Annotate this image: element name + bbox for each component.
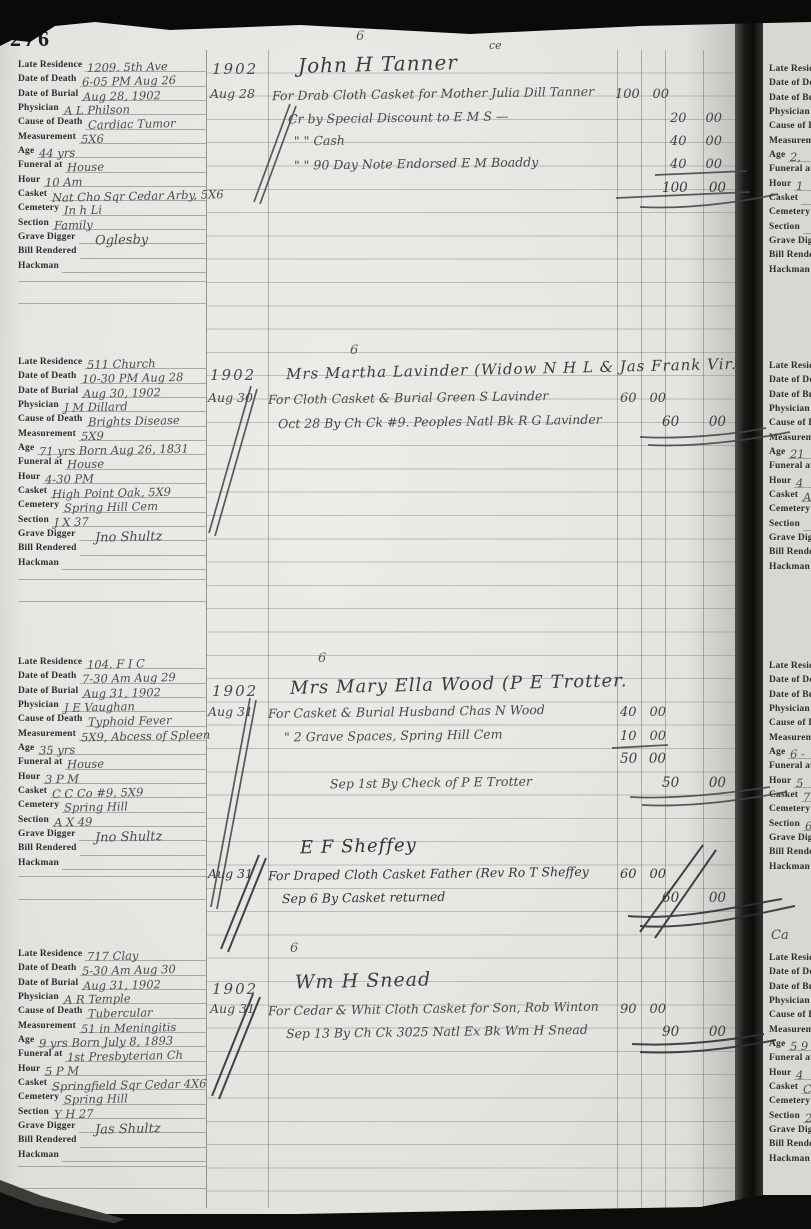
facing-field-row: Physician <box>769 402 811 416</box>
facing-field-row: Cause of Death <box>769 716 811 730</box>
facing-field-label: Physician <box>769 405 810 417</box>
facing-fill-line: 7 <box>801 801 811 802</box>
facing-field-label: Age <box>769 448 785 460</box>
field-label: Date of Death <box>18 75 77 87</box>
field-label: Section <box>18 1108 49 1120</box>
field-label: Late Residence <box>18 950 82 962</box>
facing-field-row: Date of Death <box>769 373 811 387</box>
facing-fragment: 21 <box>790 449 805 461</box>
field-value-hour: 3 P M <box>45 773 79 785</box>
facing-field-row: Grave Digger <box>769 234 811 248</box>
field-label: Hackman <box>18 262 59 274</box>
facing-field-label: Late Residence <box>769 362 811 374</box>
field-label: Grave Digger <box>18 233 76 245</box>
facing-field-row: Date of Death <box>769 673 811 687</box>
facing-field-label: Cause of Death <box>769 122 811 134</box>
facing-field-label: Grave Digger <box>769 534 811 546</box>
facing-fragment: 5 9 <box>790 1041 809 1053</box>
field-row-date-of-burial: Date of BurialAug 31, 1902 <box>18 976 206 990</box>
field-label: Cause of Death <box>18 1007 83 1019</box>
field-label: Date of Burial <box>18 979 78 991</box>
field-row-measurement: Measurement5X9, Abcess of Spleen <box>18 727 206 741</box>
facing-field-row: Date of Burial <box>769 980 811 994</box>
amount: 6000 <box>662 416 726 430</box>
field-value-cause-of-death: Typhoid Fever <box>87 715 171 728</box>
field-label: Grave Digger <box>18 1122 76 1134</box>
facing-field-row: Date of Death <box>769 76 811 90</box>
field-label: Hackman <box>18 559 59 571</box>
ledger-name: Wm H Snead <box>295 970 432 992</box>
field-label: Casket <box>18 1079 47 1091</box>
facing-field-row: Date of Burial <box>769 388 811 402</box>
field-label: Cemetery <box>18 1093 59 1105</box>
field-row-date-of-burial: Date of BurialAug 28, 1902 <box>18 87 206 101</box>
amount: 6000 <box>662 892 726 906</box>
field-row-date-of-burial: Date of BurialAug 30, 1902 <box>18 384 206 398</box>
facing-field-label: Funeral at <box>769 462 811 474</box>
facing-record-4: Late ResidenceDate of DeathDate of Buria… <box>769 951 811 1166</box>
field-label: Bill Rendered <box>18 544 77 556</box>
field-value-section: J X 37 <box>54 516 89 528</box>
field-value-cemetery: Spring Hill <box>64 802 128 815</box>
field-label: Grave Digger <box>18 530 76 542</box>
facing-field-row: Funeral at <box>769 459 811 473</box>
facing-field-row: Cemetery <box>769 1094 811 1108</box>
facing-field-row: Funeral at <box>769 162 811 176</box>
facing-field-label: Date of Death <box>769 968 811 980</box>
field-label: Funeral at <box>18 161 62 173</box>
facing-field-label: Hour <box>769 180 791 192</box>
field-value-cause-of-death: Brights Disease <box>87 415 179 428</box>
facing-field-row: Grave Digger <box>769 531 811 545</box>
facing-field-label: Section <box>769 520 800 532</box>
field-row-funeral-at: Funeral atHouse <box>18 158 206 172</box>
amount: 2000 <box>670 112 722 125</box>
amount: 6000 <box>620 392 666 405</box>
field-value-section: Y H 27 <box>54 1108 94 1120</box>
facing-field-row: Cemetery <box>769 802 811 816</box>
divider <box>18 303 206 304</box>
field-label: Funeral at <box>18 758 62 770</box>
field-fill-line <box>62 869 206 870</box>
divider <box>18 579 206 580</box>
facing-field-label: Physician <box>769 108 810 120</box>
field-row-cemetery: CemeterySpring Hill Cem <box>18 498 206 512</box>
field-row-physician: PhysicianA R Temple <box>18 990 206 1004</box>
field-fill-line <box>62 272 206 273</box>
ledger-date: Aug 31 <box>210 1003 255 1016</box>
facing-field-label: Hackman <box>769 563 810 575</box>
field-value-measurement: 5X9, Abcess of Spleen <box>81 729 210 743</box>
field-label: Physician <box>18 104 59 116</box>
facing-field-label: Cemetery <box>769 505 810 517</box>
field-label: Date of Death <box>18 964 77 976</box>
field-value-age: 35 yrs <box>39 745 75 757</box>
facing-field-row: Hackman <box>769 1152 811 1166</box>
facing-field-label: Measurement <box>769 1026 811 1038</box>
field-label: Measurement <box>18 730 76 742</box>
facing-field-row: Section <box>769 220 811 234</box>
facing-field-row: CasketC <box>769 1080 811 1094</box>
binding-gutter <box>735 0 765 1229</box>
field-row-measurement: Measurement51 in Meningitis <box>18 1019 206 1033</box>
ledger-date: Aug 28 <box>210 88 255 101</box>
form-divider-line <box>206 50 207 1208</box>
field-label: Cemetery <box>18 501 59 513</box>
facing-field-label: Casket <box>769 791 798 803</box>
field-row-date-of-death: Date of Death10-30 PM Aug 28 <box>18 369 206 383</box>
field-row-section: SectionJ X 37 <box>18 513 206 527</box>
facing-field-label: Age <box>769 748 785 760</box>
scanned-ledger-photo: 276 Late Residence1209. 5th AveDate of D… <box>0 0 811 1229</box>
field-value-section: A X 49 <box>54 816 93 828</box>
field-label: Hackman <box>18 859 59 871</box>
ledger-desc dark: Sep 6 By Casket returned <box>282 891 446 906</box>
facing-field-label: Cause of Death <box>769 719 811 731</box>
field-label: Age <box>18 147 34 159</box>
field-row-late-residence: Late Residence511 Church <box>18 355 206 369</box>
facing-field-row: Age2, <box>769 148 811 162</box>
field-value-physician: A L Philson <box>64 104 130 117</box>
field-row-grave-digger: Grave DiggerJas Shultz <box>18 1119 206 1133</box>
field-label: Section <box>18 816 49 828</box>
facing-field-row: Funeral at <box>769 759 811 773</box>
facing-field-label: Casket <box>769 491 798 503</box>
field-value-grave-digger: Jno Shultz <box>94 531 162 545</box>
record-3-fields: Late Residence104. F I CDate of Death7-3… <box>18 655 206 870</box>
facing-field-label: Late Residence <box>769 662 811 674</box>
ledger-desc: " 2 Grave Spaces, Spring Hill Cem <box>284 728 503 744</box>
facing-field-label: Bill Rendered <box>769 251 811 263</box>
field-fill-line: 71 yrs Born Aug 26, 1831 <box>37 454 206 455</box>
facing-field-row: Measurement <box>769 431 811 445</box>
facing-fragment: 5 <box>796 778 804 790</box>
field-row-late-residence: Late Residence1209. 5th Ave <box>18 58 206 72</box>
field-value-grave-digger: Oglesby <box>94 234 147 248</box>
field-label: Date of Burial <box>18 687 78 699</box>
facing-field-label: Casket <box>769 1083 798 1095</box>
field-row-funeral-at: Funeral atHouse <box>18 755 206 769</box>
facing-field-label: Physician <box>769 705 810 717</box>
ledger-name: John H Tanner <box>298 52 458 76</box>
facing-field-row: Measurement <box>769 731 811 745</box>
facing-field-row: Late Residence <box>769 659 811 673</box>
facing-field-label: Measurement <box>769 434 811 446</box>
facing-field-row: Section6 <box>769 817 811 831</box>
field-value-section: Family <box>54 219 93 231</box>
field-value-cemetery: Spring Hill Cem <box>64 501 158 514</box>
field-label: Date of Death <box>18 672 77 684</box>
facing-field-row: Bill Rendered <box>769 545 811 559</box>
facing-field-label: Age <box>769 151 785 163</box>
field-label: Late Residence <box>18 61 82 73</box>
field-value-funeral-at: House <box>67 759 104 771</box>
field-row-section: SectionY H 27 <box>18 1105 206 1119</box>
facing-field-row: Section <box>769 517 811 531</box>
field-value-age: 71 yrs Born Aug 26, 1831 <box>39 443 189 458</box>
facing-field-row: Physician <box>769 702 811 716</box>
ledger-fl: 6 <box>318 652 326 665</box>
facing-field-row: Hour4 <box>769 1066 811 1080</box>
field-label: Late Residence <box>18 358 82 370</box>
field-value-cause-of-death: Cardiac Tumor <box>87 118 175 131</box>
facing-field-label: Date of Death <box>769 79 811 91</box>
field-row-cemetery: CemeterySpring Hill <box>18 798 206 812</box>
facing-field-row: Age5 9 <box>769 1037 811 1051</box>
field-row-measurement: Measurement5X9 <box>18 427 206 441</box>
date-column-line <box>268 50 269 1208</box>
facing-field-label: Section <box>769 223 800 235</box>
field-value-date-of-burial: Aug 31, 1902 <box>83 687 161 700</box>
field-label: Funeral at <box>18 458 62 470</box>
field-label: Bill Rendered <box>18 247 77 259</box>
field-row-physician: PhysicianA L Philson <box>18 101 206 115</box>
field-label: Cemetery <box>18 801 59 813</box>
amount: 5000 <box>662 777 726 791</box>
field-row-hour: Hour3 P M <box>18 770 206 784</box>
ledger-fl: 6 <box>356 30 364 43</box>
field-value-funeral-at: 1st Presbyterian Ch <box>67 1050 183 1064</box>
amount: 4000 <box>670 135 722 148</box>
field-label: Measurement <box>18 133 76 145</box>
facing-fragment: 4 <box>796 1070 804 1082</box>
divider <box>18 876 206 877</box>
amount: 10000 <box>662 182 726 196</box>
field-label: Bill Rendered <box>18 1136 77 1148</box>
field-row-hour: Hour4-30 PM <box>18 470 206 484</box>
facing-field-row: Cause of Death <box>769 1008 811 1022</box>
field-value-late-residence: 511 Church <box>87 358 156 371</box>
field-row-date-of-death: Date of Death5-30 Am Aug 30 <box>18 961 206 975</box>
field-label: Measurement <box>18 430 76 442</box>
field-label: Date of Burial <box>18 387 78 399</box>
field-label: Hour <box>18 773 40 785</box>
facing-fill-line: C <box>801 1093 811 1094</box>
field-value-hour: 5 P M <box>45 1065 79 1077</box>
ledger-desc: " " Cash <box>294 135 345 148</box>
facing-field-label: Age <box>769 1040 785 1052</box>
amount: 5000 <box>620 753 666 767</box>
facing-field-label: Hour <box>769 477 791 489</box>
facing-page-edge: Late ResidenceDate of DeathDate of Buria… <box>763 20 811 1214</box>
record-1-fields: Late Residence1209. 5th AveDate of Death… <box>18 58 206 273</box>
field-row-date-of-death: Date of Death6-05 PM Aug 26 <box>18 72 206 86</box>
facing-field-label: Grave Digger <box>769 1126 811 1138</box>
field-value-late-residence: 1209. 5th Ave <box>87 61 168 74</box>
ledger-year: 1902 <box>212 982 258 997</box>
field-row-cause-of-death: Cause of DeathBrights Disease <box>18 412 206 426</box>
ledger-date: Aug 30 <box>208 392 253 405</box>
facing-field-label: Grave Digger <box>769 834 811 846</box>
field-value-physician: J E Vaughan <box>64 701 135 714</box>
facing-field-label: Late Residence <box>769 954 811 966</box>
amount: 4000 <box>620 706 666 719</box>
field-label: Age <box>18 444 34 456</box>
facing-field-label: Bill Rendered <box>769 848 811 860</box>
debit-column-line <box>617 50 618 1208</box>
field-label: Date of Burial <box>18 90 78 102</box>
facing-fragment: 6 <box>805 821 811 833</box>
facing-field-row: Date of Burial <box>769 91 811 105</box>
field-value-age: 44 yrs <box>39 148 75 160</box>
field-value-date-of-death: 5-30 Am Aug 30 <box>81 964 175 977</box>
field-row-hackman: Hackman <box>18 556 206 570</box>
facing-record-3: Late ResidenceDate of DeathDate of Buria… <box>769 659 811 874</box>
facing-fragment: C <box>803 1084 811 1096</box>
facing-record-1: Late ResidenceDate of DeathDate of Buria… <box>769 62 811 277</box>
ledger-fl: 6 <box>350 344 358 357</box>
facing-fill-line: 2 <box>803 1122 811 1123</box>
facing-field-row: Hour4 <box>769 474 811 488</box>
field-label: Grave Digger <box>18 830 76 842</box>
facing-field-label: Measurement <box>769 137 811 149</box>
facing-field-label: Bill Rendered <box>769 1140 811 1152</box>
field-label: Age <box>18 744 34 756</box>
field-value-funeral-at: House <box>67 162 104 174</box>
field-label: Physician <box>18 401 59 413</box>
facing-field-label: Date of Death <box>769 376 811 388</box>
field-label: Casket <box>18 487 47 499</box>
facing-field-row: Hackman <box>769 560 811 574</box>
field-row-grave-digger: Grave DiggerJno Shultz <box>18 827 206 841</box>
field-row-section: SectionFamily <box>18 216 206 230</box>
field-value-date-of-death: 6-05 PM Aug 26 <box>81 75 175 88</box>
facing-field-label: Date of Burial <box>769 691 811 703</box>
divider <box>18 899 206 900</box>
field-row-physician: PhysicianJ E Vaughan <box>18 698 206 712</box>
ledger-date dark: Aug 31 <box>208 868 253 881</box>
facing-field-row: Bill Rendered <box>769 248 811 262</box>
ledger-date: Aug 31 <box>208 706 253 719</box>
field-row-cemetery: CemeterySpring Hill <box>18 1090 206 1104</box>
field-label: Section <box>18 516 49 528</box>
field-label: Hour <box>18 176 40 188</box>
field-label: Cemetery <box>18 204 59 216</box>
field-fill-line: Nat Cho Sqr Cedar Arby, 5X6 <box>50 200 206 201</box>
field-row-section: SectionA X 49 <box>18 813 206 827</box>
facing-field-label: Section <box>769 1112 800 1124</box>
facing-field-label: Grave Digger <box>769 237 811 249</box>
facing-field-label: Section <box>769 820 800 832</box>
facing-fragment: 2 <box>805 1113 811 1125</box>
facing-field-row: Section2 <box>769 1109 811 1123</box>
facing-field-label: Date of Burial <box>769 983 811 995</box>
field-value-date-of-burial: Aug 31, 1902 <box>83 979 161 992</box>
field-value-measurement: 5X9 <box>81 430 104 442</box>
field-fill-line: Springfield Sqr Cedar 4X6 <box>50 1089 206 1090</box>
facing-field-label: Funeral at <box>769 165 811 177</box>
facing-field-row: Bill Rendered <box>769 1137 811 1151</box>
facing-field-row: Hackman <box>769 263 811 277</box>
debit-cents-line <box>641 50 642 1208</box>
field-row-age: Age44 yrs <box>18 144 206 158</box>
field-row-late-residence: Late Residence104. F I C <box>18 655 206 669</box>
field-label: Bill Rendered <box>18 844 77 856</box>
field-label: Hour <box>18 473 40 485</box>
facing-field-row: Physician <box>769 105 811 119</box>
field-label: Cause of Death <box>18 415 83 427</box>
field-label: Section <box>18 219 49 231</box>
field-row-physician: PhysicianJ M Dillard <box>18 398 206 412</box>
field-row-grave-digger: Grave DiggerOglesby <box>18 230 206 244</box>
record-2-fields: Late Residence511 ChurchDate of Death10-… <box>18 355 206 570</box>
field-value-grave-digger: Jas Shultz <box>94 1123 160 1137</box>
facing-fragment: 4 <box>796 478 804 490</box>
facing-field-row: Cemetery <box>769 205 811 219</box>
facing-field-row: Hour5 <box>769 774 811 788</box>
facing-fill-line: 6 <box>803 830 811 831</box>
facing-field-row: Cause of Death <box>769 119 811 133</box>
facing-field-label: Hour <box>769 777 791 789</box>
field-fill-line <box>62 569 206 570</box>
facing-field-row: Physician <box>769 994 811 1008</box>
facing-field-label: Date of Death <box>769 676 811 688</box>
facing-field-label: Cemetery <box>769 805 810 817</box>
field-row-date-of-burial: Date of BurialAug 31, 1902 <box>18 684 206 698</box>
facing-field-label: Casket <box>769 194 798 206</box>
field-value-physician: J M Dillard <box>64 401 128 414</box>
field-value-late-residence: 104. F I C <box>87 658 145 671</box>
facing-field-row: Measurement <box>769 1023 811 1037</box>
field-value-hour: 4-30 PM <box>45 473 94 486</box>
field-value-measurement: 5X6 <box>81 133 104 145</box>
facing-field-row: Late Residence <box>769 951 811 965</box>
field-value-casket: Springfield Sqr Cedar 4X6 <box>52 1078 207 1093</box>
field-label: Measurement <box>18 1022 76 1034</box>
facing-field-row: Late Residence <box>769 62 811 76</box>
facing-field-row: Hackman <box>769 860 811 874</box>
field-value-cemetery: In h Li <box>64 205 102 217</box>
ledger-note: ce <box>489 40 502 51</box>
field-label: Physician <box>18 701 59 713</box>
field-value-casket: C C Co #9, 5X9 <box>52 787 144 800</box>
facing-fragment: 2, <box>790 152 801 164</box>
field-label: Funeral at <box>18 1050 62 1062</box>
field-row-measurement: Measurement5X6 <box>18 130 206 144</box>
amount: 9000 <box>620 1003 666 1016</box>
ledger-desc: Cr by Special Discount to E M S — <box>288 110 509 126</box>
field-row-hackman: Hackman <box>18 259 206 273</box>
facing-fill-line: 5 9 <box>788 1050 811 1051</box>
record-4-fields: Late Residence717 ClayDate of Death5-30 … <box>18 947 206 1162</box>
field-value-date-of-burial: Aug 30, 1902 <box>83 387 161 400</box>
ledger-desc: Sep 1st By Check of P E Trotter <box>330 776 532 791</box>
field-row-age: Age71 yrs Born Aug 26, 1831 <box>18 441 206 455</box>
facing-field-label: Date of Burial <box>769 391 811 403</box>
field-row-late-residence: Late Residence717 Clay <box>18 947 206 961</box>
facing-field-label: Hackman <box>769 1155 810 1167</box>
facing-field-row: Casket7 <box>769 788 811 802</box>
facing-fragment: 1 <box>796 181 804 193</box>
facing-field-row: Date of Burial <box>769 688 811 702</box>
field-value-date-of-burial: Aug 28, 1902 <box>83 90 161 103</box>
facing-field-label: Bill Rendered <box>769 548 811 560</box>
field-row-grave-digger: Grave DiggerJno Shultz <box>18 527 206 541</box>
facing-field-row: Cause of Death <box>769 416 811 430</box>
field-value-cemetery: Spring Hill <box>64 1094 128 1107</box>
field-value-hour: 10 Am <box>45 176 83 188</box>
facing-field-row: Date of Death <box>769 965 811 979</box>
facing-fill-line: A <box>801 501 811 502</box>
field-value-date-of-death: 10-30 PM Aug 28 <box>81 372 183 386</box>
facing-field-row: Bill Rendered <box>769 845 811 859</box>
field-fill-line: 5X9, Abcess of Spleen <box>79 740 206 741</box>
field-value-cause-of-death: Tubercular <box>87 1008 152 1021</box>
facing-field-label: Cause of Death <box>769 1011 811 1023</box>
field-label: Casket <box>18 787 47 799</box>
facing-fragment: 6 - <box>790 749 805 761</box>
facing-field-row: Funeral at <box>769 1051 811 1065</box>
